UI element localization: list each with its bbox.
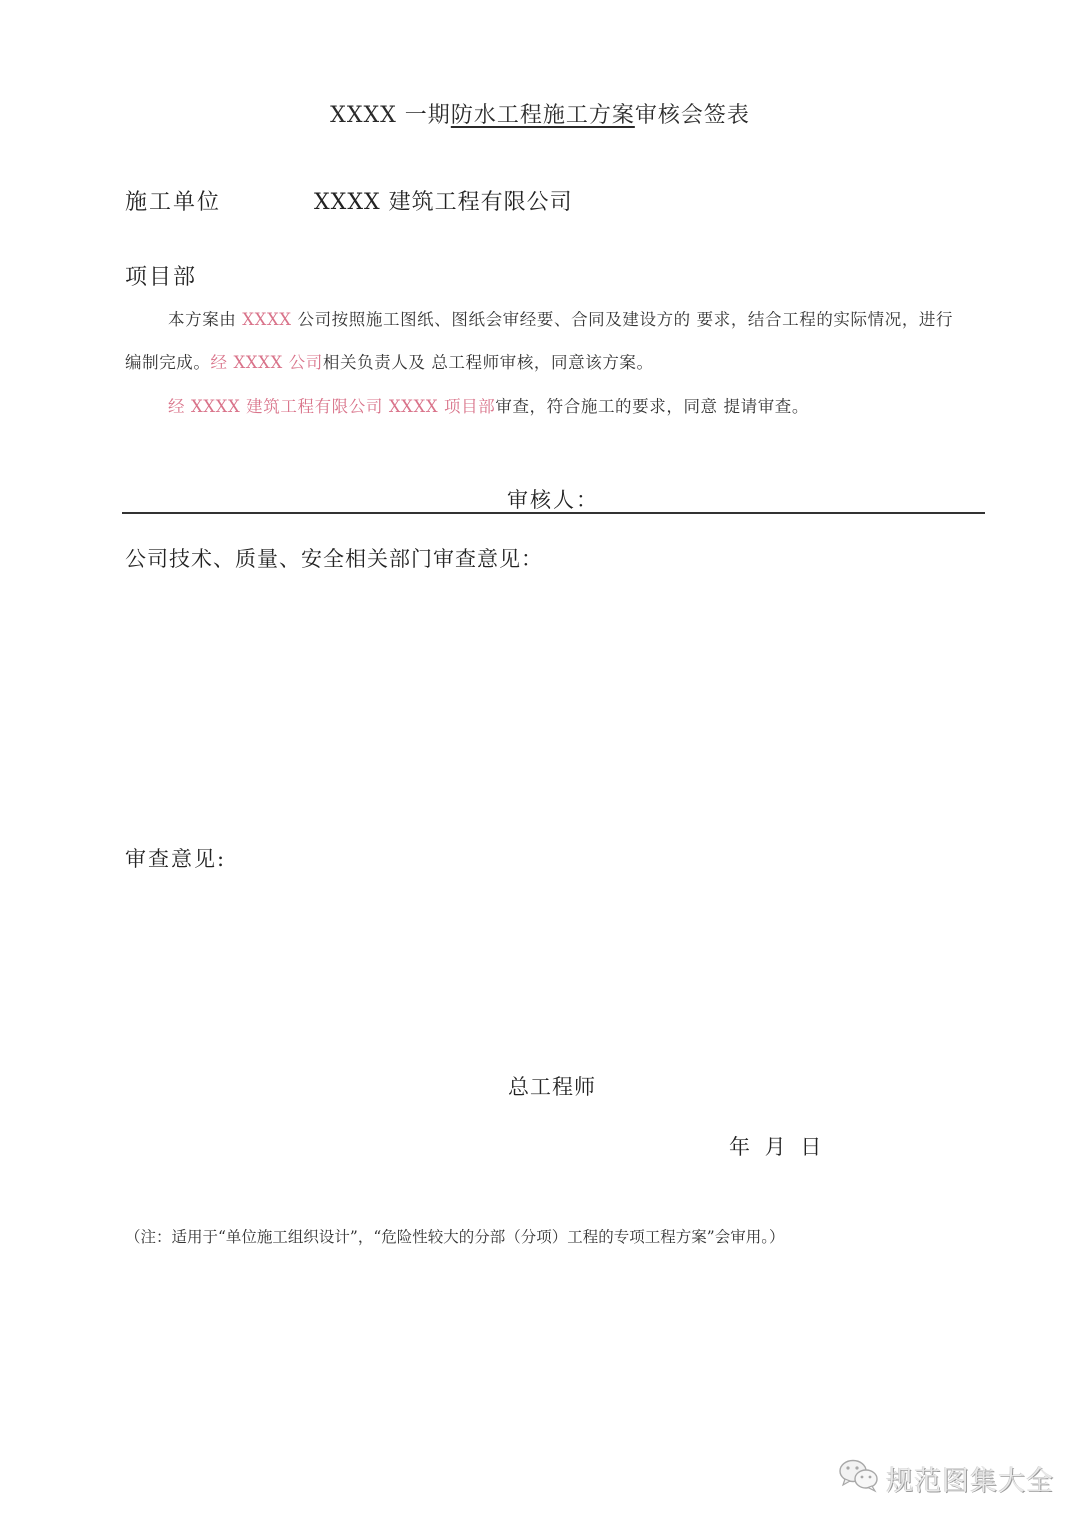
title-prefix: XXXX 一期	[330, 103, 451, 128]
p3-highlight: 经 XXXX 建筑工程有限公司 XXXX 项目部	[168, 397, 495, 416]
project-dept-label: 项目部	[125, 260, 197, 291]
opinion-label: 审查意见:	[125, 843, 226, 873]
construction-unit-label: 施工单位	[125, 185, 221, 216]
paragraph-3: 经 XXXX 建筑工程有限公司 XXXX 项目部审查，符合施工的要求，同意 提请…	[168, 393, 809, 417]
p1-text-a: 本方案由	[168, 310, 242, 329]
paragraph-2: 编制完成。经 XXXX 公司相关负责人及 总工程师审核，同意该方案。	[125, 349, 654, 373]
p1-highlight: XXXX	[242, 310, 291, 329]
wechat-icon	[838, 1458, 880, 1498]
watermark-text: 规范图集大全	[886, 1459, 1054, 1498]
title-suffix: 审核会签表	[635, 103, 750, 128]
date-label: 年 月 日	[729, 1131, 821, 1161]
dept-opinion-label: 公司技术、质量、安全相关部门审查意见：	[125, 543, 543, 573]
p2-highlight: 经 XXXX 公司	[211, 353, 323, 372]
p1-text-c: 公司按照施工图纸、图纸会审经要、合同及建设方的 要求，结合工程的实际情况，进行	[292, 310, 954, 329]
reviewer-label: 审核人：	[507, 484, 599, 514]
document-title: XXXX 一期防水工程施工方案审核会签表	[0, 98, 1080, 129]
footnote: （注：适用于“单位施工组织设计”，“危险性较大的分部（分项）工程的专项工程方案”…	[125, 1225, 784, 1247]
construction-unit-value: XXXX 建筑工程有限公司	[314, 185, 573, 216]
p2-text-c: 相关负责人及 总工程师审核，同意该方案。	[323, 353, 654, 372]
title-underlined: 防水工程施工方案	[451, 103, 635, 128]
watermark: 规范图集大全	[838, 1458, 1054, 1498]
chief-engineer-label: 总工程师	[508, 1071, 596, 1101]
paragraph-1: 本方案由 XXXX 公司按照施工图纸、图纸会审经要、合同及建设方的 要求，结合工…	[168, 306, 953, 330]
p2-text-a: 编制完成。	[125, 353, 211, 372]
signature-divider	[122, 512, 985, 514]
p3-text-b: 审查，符合施工的要求，同意 提请审查。	[495, 397, 809, 416]
